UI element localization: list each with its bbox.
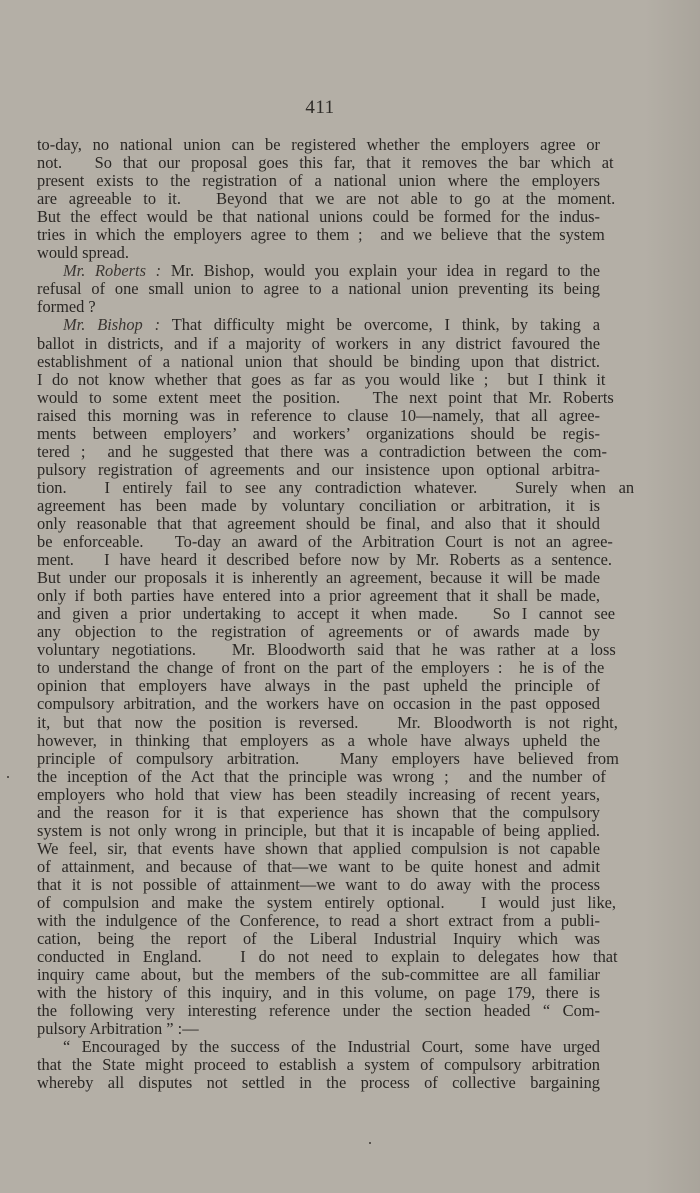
text-line: “ Encouraged by the success of the Indus… [37, 1038, 600, 1056]
line-text: of attainment, and because of that—we wa… [37, 857, 600, 876]
text-line: cation, being the report of the Liberal … [37, 930, 600, 948]
body-text: to-day, no national union can be registe… [37, 136, 600, 1092]
text-line: would to some extent meet the position. … [37, 389, 600, 407]
line-text: We feel, sir, that events have shown tha… [37, 839, 600, 858]
line-text: with the history of this inquiry, and in… [37, 983, 600, 1002]
line-text: principle of compulsory arbitration. Man… [37, 749, 619, 768]
line-text: with the indulgence of the Conference, t… [37, 911, 600, 930]
text-line: be enforceable. To-day an award of the A… [37, 533, 600, 551]
line-text: however, in thinking that employers as a… [37, 731, 600, 750]
line-text: ballot in districts, and if a majority o… [37, 334, 600, 353]
text-line: agreement has been made by voluntary con… [37, 497, 600, 515]
line-text: it, but that now the position is reverse… [37, 713, 618, 732]
speaker-name: Mr. Roberts : [63, 261, 161, 280]
text-line: with the history of this inquiry, and in… [37, 984, 600, 1002]
line-text: to-day, no national union can be registe… [37, 135, 600, 154]
line-text: the following very interesting reference… [37, 1001, 600, 1020]
text-line: But under our proposals it is inherently… [37, 569, 600, 587]
text-line: conducted in England. I do not need to e… [37, 948, 600, 966]
paper-speck [7, 776, 9, 778]
text-line: inquiry came about, but the members of t… [37, 966, 600, 984]
line-text: would to some extent meet the position. … [37, 388, 614, 407]
line-text: refusal of one small union to agree to a… [37, 279, 600, 298]
line-text: that it is not possible of attainment—we… [37, 875, 600, 894]
line-text: that the State might proceed to establis… [37, 1055, 600, 1074]
line-text: tion. I entirely fail to see any contrad… [37, 478, 634, 497]
text-line: only reasonable that that agreement shou… [37, 515, 600, 533]
text-line: employers who hold that view has been st… [37, 786, 600, 804]
text-line: compulsory arbitration, and the workers … [37, 695, 600, 713]
line-text: employers who hold that view has been st… [37, 785, 600, 804]
line-text: I do not know whether that goes as far a… [37, 370, 605, 389]
page-edge-shadow [645, 0, 700, 1193]
line-text: whereby all disputes not settled in the … [37, 1073, 600, 1092]
text-line: refusal of one small union to agree to a… [37, 280, 600, 298]
text-line: But the effect would be that national un… [37, 208, 600, 226]
text-line: to understand the change of front on the… [37, 659, 600, 677]
page-number: 411 [0, 97, 640, 119]
line-text: Mr. Bishop, would you explain your idea … [161, 261, 600, 280]
text-line: of compulsion and make the system entire… [37, 894, 600, 912]
text-line: ment. I have heard it described before n… [37, 551, 600, 569]
line-text: opinion that employers have always in th… [37, 676, 600, 695]
line-text: conducted in England. I do not need to e… [37, 947, 618, 966]
line-text: agreement has been made by voluntary con… [37, 496, 600, 515]
line-text: “ Encouraged by the success of the Indus… [63, 1037, 600, 1056]
text-line: ments between employers’ and workers’ or… [37, 425, 600, 443]
text-line: tion. I entirely fail to see any contrad… [37, 479, 600, 497]
line-text: be enforceable. To-day an award of the A… [37, 532, 613, 551]
line-text: only reasonable that that agreement shou… [37, 514, 600, 533]
line-text: and the reason for it is that experience… [37, 803, 600, 822]
line-text: compulsory arbitration, and the workers … [37, 694, 600, 713]
speaker-line: Mr. Roberts : Mr. Bishop, would you expl… [37, 262, 600, 280]
line-text: pulsory Arbitration ” :— [37, 1019, 199, 1038]
line-text: any objection to the registration of agr… [37, 622, 600, 641]
speaker-name: Mr. Bishop : [63, 315, 160, 334]
line-text: That difficulty might be overcome, I thi… [160, 315, 600, 334]
line-text: ments between employers’ and workers’ or… [37, 424, 600, 443]
paper-speck [369, 1142, 371, 1144]
text-line: are agreeable to it. Beyond that we are … [37, 190, 600, 208]
line-text: system is not only wrong in principle, b… [37, 821, 600, 840]
text-line: pulsory Arbitration ” :— [37, 1020, 600, 1038]
text-line: opinion that employers have always in th… [37, 677, 600, 695]
text-line: We feel, sir, that events have shown tha… [37, 840, 600, 858]
line-text: pulsory registration of agreements and o… [37, 460, 600, 479]
text-line: ballot in districts, and if a majority o… [37, 335, 600, 353]
text-line: pulsory registration of agreements and o… [37, 461, 600, 479]
text-line: tries in which the employers agree to th… [37, 226, 600, 244]
text-line: whereby all disputes not settled in the … [37, 1074, 600, 1092]
line-text: tries in which the employers agree to th… [37, 225, 605, 244]
line-text: not. So that our proposal goes this far,… [37, 153, 614, 172]
line-text: the inception of the Act that the princi… [37, 767, 606, 786]
text-line: system is not only wrong in principle, b… [37, 822, 600, 840]
text-line: and the reason for it is that experience… [37, 804, 600, 822]
speaker-line: Mr. Bishop : That difficulty might be ov… [37, 316, 600, 334]
text-line: with the indulgence of the Conference, t… [37, 912, 600, 930]
line-text: But the effect would be that national un… [37, 207, 600, 226]
text-line: raised this morning was in reference to … [37, 407, 600, 425]
line-text: to understand the change of front on the… [37, 658, 604, 677]
text-line: establishment of a national union that s… [37, 353, 600, 371]
text-line: the following very interesting reference… [37, 1002, 600, 1020]
text-line: formed ? [37, 298, 600, 316]
text-line: to-day, no national union can be registe… [37, 136, 600, 154]
line-text: tered ; and he suggested that there was … [37, 442, 607, 461]
text-line: that it is not possible of attainment—we… [37, 876, 600, 894]
text-line: principle of compulsory arbitration. Man… [37, 750, 600, 768]
line-text: voluntary negotiations. Mr. Bloodworth s… [37, 640, 616, 659]
text-line: the inception of the Act that the princi… [37, 768, 600, 786]
text-line: that the State might proceed to establis… [37, 1056, 600, 1074]
text-line: only if both parties have entered into a… [37, 587, 600, 605]
text-line: present exists to the registration of a … [37, 172, 600, 190]
line-text: formed ? [37, 297, 96, 316]
text-line: however, in thinking that employers as a… [37, 732, 600, 750]
line-text: would spread. [37, 243, 129, 262]
text-line: of attainment, and because of that—we wa… [37, 858, 600, 876]
scanned-page: 411 to-day, no national union can be reg… [0, 0, 700, 1193]
text-line: any objection to the registration of agr… [37, 623, 600, 641]
line-text: are agreeable to it. Beyond that we are … [37, 189, 615, 208]
line-text: inquiry came about, but the members of t… [37, 965, 600, 984]
line-text: only if both parties have entered into a… [37, 586, 600, 605]
text-line: tered ; and he suggested that there was … [37, 443, 600, 461]
line-text: raised this morning was in reference to … [37, 406, 600, 425]
line-text: establishment of a national union that s… [37, 352, 600, 371]
line-text: cation, being the report of the Liberal … [37, 929, 600, 948]
line-text: But under our proposals it is inherently… [37, 568, 600, 587]
text-line: it, but that now the position is reverse… [37, 714, 600, 732]
text-line: would spread. [37, 244, 600, 262]
text-line: and given a prior undertaking to accept … [37, 605, 600, 623]
line-text: of compulsion and make the system entire… [37, 893, 616, 912]
line-text: ment. I have heard it described before n… [37, 550, 612, 569]
text-line: not. So that our proposal goes this far,… [37, 154, 600, 172]
line-text: and given a prior undertaking to accept … [37, 604, 615, 623]
text-line: voluntary negotiations. Mr. Bloodworth s… [37, 641, 600, 659]
line-text: present exists to the registration of a … [37, 171, 600, 190]
text-line: I do not know whether that goes as far a… [37, 371, 600, 389]
